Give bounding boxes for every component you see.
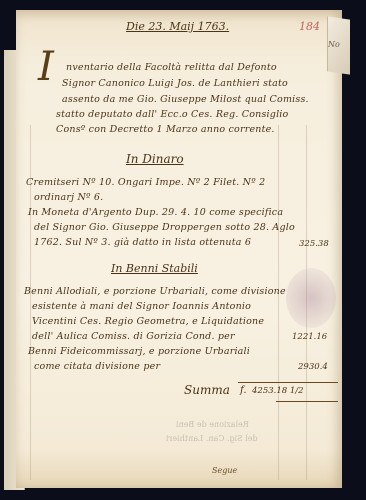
money-line: In Moneta d'Argento Dup. 29. 4. 10 come … — [28, 207, 283, 218]
ink-stain — [286, 268, 336, 328]
estate-line: dell' Aulica Comiss. di Gorizia Cond. pe… — [32, 331, 235, 342]
total-rule-bottom — [276, 401, 338, 402]
total-label: Summa — [184, 383, 230, 397]
money-line: 1762. Sul Nº 3. già datto in lista otten… — [34, 237, 251, 248]
amount-money: 325.38 — [299, 239, 329, 249]
estate-line: come citata divisione per — [34, 361, 160, 372]
section-heading-money: In Dinaro — [126, 152, 184, 166]
money-line: del Signor Gio. Giuseppe Droppergen sott… — [34, 222, 295, 233]
document-date: Die 23. Maij 1763. — [126, 20, 229, 33]
amount-fideicommissary: 2930.4 — [298, 362, 328, 372]
decorated-initial: I — [38, 44, 54, 90]
section-heading-real-estate: In Benni Stabili — [111, 262, 198, 275]
folio-number: 184 — [299, 20, 320, 33]
total-amount: 4253.18 1/2 — [252, 386, 304, 396]
intro-line: Consº con Decretto 1 Marzo anno corrente… — [56, 124, 275, 135]
total-currency: f. — [240, 385, 247, 396]
intro-line: nventario della Facoltà relitta dal Defo… — [66, 62, 277, 73]
manuscript-page: Die 23. Maij 1763. 184 No I nventario de… — [16, 10, 342, 488]
intro-line: statto deputato dall' Ecc.o Ces. Reg. Co… — [56, 109, 288, 120]
bleedthrough-text: Relazione de Beni — [176, 420, 249, 429]
estate-line: Vicentini Ces. Regio Geometra, e Liquida… — [32, 316, 264, 327]
estate-line: esistente à mani del Signor Ioannis Anto… — [32, 301, 251, 312]
intro-line: assento da me Gio. Giuseppe Milost qual … — [62, 94, 309, 105]
estate-line: Benni Allodiali, e porzione Urbariali, c… — [24, 286, 286, 297]
money-line: ordinarj Nº 6. — [34, 192, 103, 203]
money-line: Cremitseri Nº 10. Ongari Impe. Nº 2 File… — [26, 177, 265, 188]
catchword: Segue — [212, 466, 237, 475]
estate-line: Benni Fideicommissarj, e porzione Urbari… — [28, 346, 250, 357]
amount-allodial: 1221.16 — [292, 332, 327, 342]
margin-rule-right — [278, 125, 279, 480]
folio-mark: No — [328, 40, 340, 49]
total-rule-top — [238, 382, 338, 383]
intro-line: Signor Canonico Luigi Jos. de Lanthieri … — [62, 78, 288, 89]
bleedthrough-text: del Sig. Can. Lanthieri — [166, 434, 258, 443]
